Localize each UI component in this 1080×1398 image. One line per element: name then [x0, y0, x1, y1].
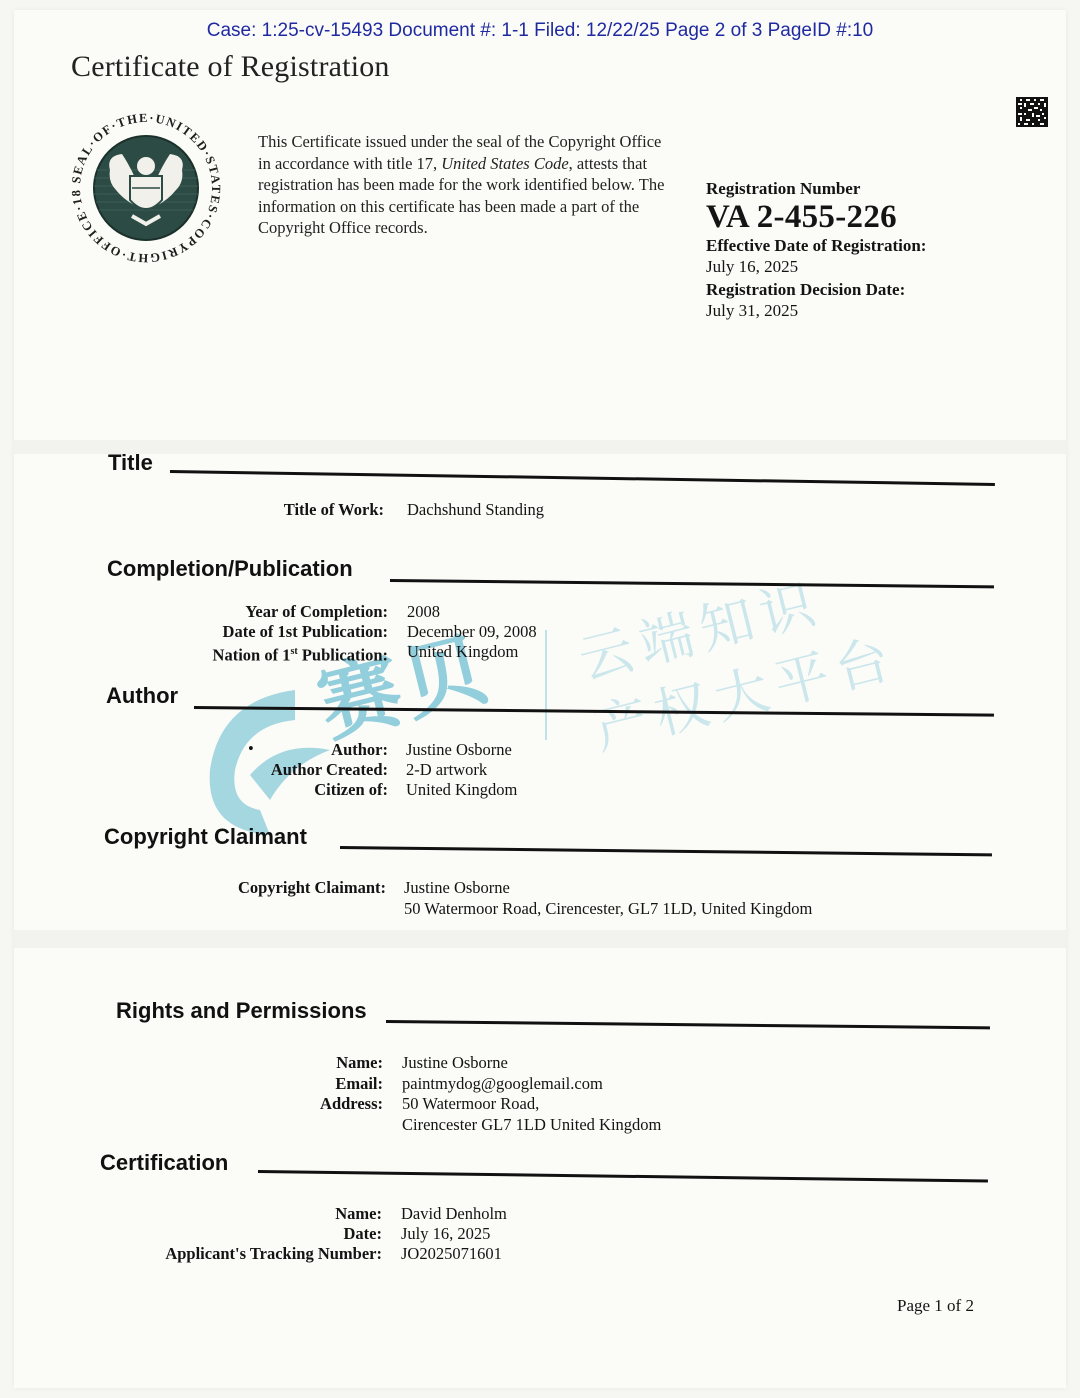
- field-title-of-work: Title of Work: Dachshund Standing: [0, 500, 384, 520]
- page-number: Page 1 of 2: [897, 1296, 974, 1316]
- field-rights-name: Name: Justine Osborne: [0, 1053, 383, 1073]
- decision-date-label: Registration Decision Date:: [706, 279, 926, 300]
- claimant-address: 50 Watermoor Road, Cirencester, GL7 1LD,…: [404, 899, 812, 919]
- section-heading-completion: Completion/Publication: [107, 556, 353, 582]
- watermark-divider: [545, 630, 547, 740]
- registration-number: VA 2-455-226: [706, 199, 926, 235]
- field-rights-address-line-2: Cirencester GL7 1LD United Kingdom: [402, 1115, 661, 1135]
- field-rights-address: Address: 50 Watermoor Road,: [0, 1094, 383, 1114]
- field-copyright-claimant: Copyright Claimant: Justine Osborne: [0, 878, 386, 898]
- section-heading-certification: Certification: [100, 1150, 228, 1176]
- field-citizen-of: Citizen of: United Kingdom: [0, 780, 388, 800]
- ecf-case-header: Case: 1:25-cv-15493 Document #: 1-1 File…: [0, 20, 1080, 42]
- field-tracking-number: Applicant's Tracking Number: JO202507160…: [0, 1244, 382, 1264]
- field-rights-email: Email: paintmydog@googlemail.com: [0, 1074, 383, 1094]
- field-nation-of-first-publication: Nation of 1st Publication: United Kingdo…: [0, 642, 388, 662]
- field-certification-date: Date: July 16, 2025: [0, 1224, 382, 1244]
- scan-band: [14, 930, 1066, 948]
- field-author: Author: Justine Osborne: [0, 740, 388, 760]
- certificate-title: Certificate of Registration: [71, 50, 390, 84]
- effective-date: July 16, 2025: [706, 256, 926, 277]
- datamatrix-barcode-icon: [1016, 97, 1048, 127]
- section-heading-title: Title: [108, 450, 153, 476]
- section-heading-rights: Rights and Permissions: [116, 998, 367, 1024]
- certificate-intro-text: This Certificate issued under the seal o…: [258, 131, 668, 239]
- decision-date: July 31, 2025: [706, 300, 926, 321]
- copyright-office-seal-icon: SEAL·OF·THE·UNITED·STATES·COPYRIGHT·OFFI…: [66, 108, 226, 268]
- section-heading-claimant: Copyright Claimant: [104, 824, 307, 850]
- field-author-created: Author Created: 2-D artwork: [0, 760, 388, 780]
- effective-date-label: Effective Date of Registration:: [706, 235, 926, 256]
- registration-number-label: Registration Number: [706, 178, 926, 199]
- field-date-of-first-publication: Date of 1st Publication: December 09, 20…: [0, 622, 388, 642]
- scan-band: [14, 440, 1066, 454]
- field-year-of-completion: Year of Completion: 2008: [0, 602, 388, 622]
- field-certification-name: Name: David Denholm: [0, 1204, 382, 1224]
- section-heading-author: Author: [106, 683, 178, 709]
- registration-info: Registration Number VA 2-455-226 Effecti…: [706, 178, 926, 321]
